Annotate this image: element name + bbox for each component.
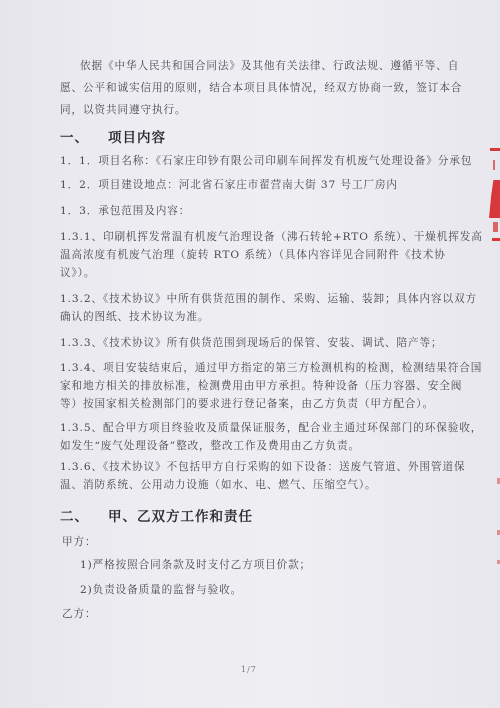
- clause-line: 议》）。: [60, 266, 95, 280]
- section-title: 项目内容: [108, 130, 166, 146]
- section-title: 甲、乙双方工作和责任: [108, 509, 253, 525]
- preamble-line: 同，以资共同遵守执行。: [60, 103, 186, 117]
- clause-line: 家和地方相关的排放标准，检测费用由甲方承担。特种设备（压力容器、安全阀: [60, 379, 462, 393]
- clause-line: 1.3.2、《技术协议》中所有供货范围的制作、采购、运输、装卸；具体内容以双方: [60, 292, 477, 306]
- contract-page: 依据《中华人民共和国合同法》及其他有关法律、行政法规、遵循平等、自 愿、公平和诚…: [0, 0, 500, 708]
- party-a-label: 甲方：: [62, 535, 96, 549]
- party-a-item-2: 2)负责设备质量的监督与验收。: [80, 583, 242, 597]
- clause-line: 温高浓度有机废气治理（旋转 RTO 系统）（具体内容详见合同附件《技术协: [60, 248, 446, 262]
- section-number: 二、: [60, 505, 108, 525]
- clause-1-1: 1．1．项目名称：《石家庄印钞有限公司印刷车间挥发有机废气处理设备》分承包: [60, 154, 472, 168]
- clause-line: 1.3.1、印刷机挥发常温有机废气治理设备（沸石转轮+RTO 系统）、干燥机挥发…: [60, 230, 483, 244]
- section-number: 一、: [60, 126, 108, 146]
- clause-line: 等）按国家相关检测部门的要求进行登记备案，由乙方负责（甲方配合）。: [60, 397, 434, 411]
- page-number: 1/7: [241, 665, 257, 674]
- party-a-item-1: 1)严格按照合同条款及时支付乙方项目价款；: [80, 558, 311, 572]
- clause-line: 1.3.6、《技术协议》不包括甲方自行采购的如下设备：送废气管道、外围管道保: [60, 460, 465, 474]
- clause-1-3: 1．3．承包范围及内容：: [60, 204, 190, 218]
- clause-line: 1.3.4、项目安装结束后，通过甲方指定的第三方检测机构的检测，检测结果符合国: [60, 361, 482, 375]
- section-heading-2: 二、甲、乙双方工作和责任: [60, 505, 253, 525]
- clause-line: 确认的图纸、技术协议为准。: [60, 310, 209, 324]
- preamble-line: 依据《中华人民共和国合同法》及其他有关法律、行政法规、遵循平等、自: [80, 59, 459, 73]
- preamble-line: 愿、公平和诚实信用的原则，结合本项目具体情况，经双方协商一致，签订本合: [60, 81, 462, 95]
- party-b-label: 乙方：: [62, 607, 96, 621]
- section-heading-1: 一、项目内容: [60, 126, 166, 146]
- clause-line: 如发生“废气处理设备”整改，整改工作及费用由乙方负责。: [60, 439, 360, 453]
- clause-1-3-3: 1.3.3、《技术协议》所有供货范围到现场后的保管、安装、调试、陪产等；: [60, 336, 442, 350]
- clause-1-2: 1．2．项目建设地点：河北省石家庄市翟营南大街 37 号工厂房内: [60, 178, 398, 192]
- clause-line: 温、消防系统、公用动力设施（如水、电、燃气、压缩空气）。: [60, 478, 377, 492]
- clause-line: 1.3.5、配合甲方项目终验收及质量保证服务，配合业主通过环保部门的环保验收，: [60, 421, 482, 435]
